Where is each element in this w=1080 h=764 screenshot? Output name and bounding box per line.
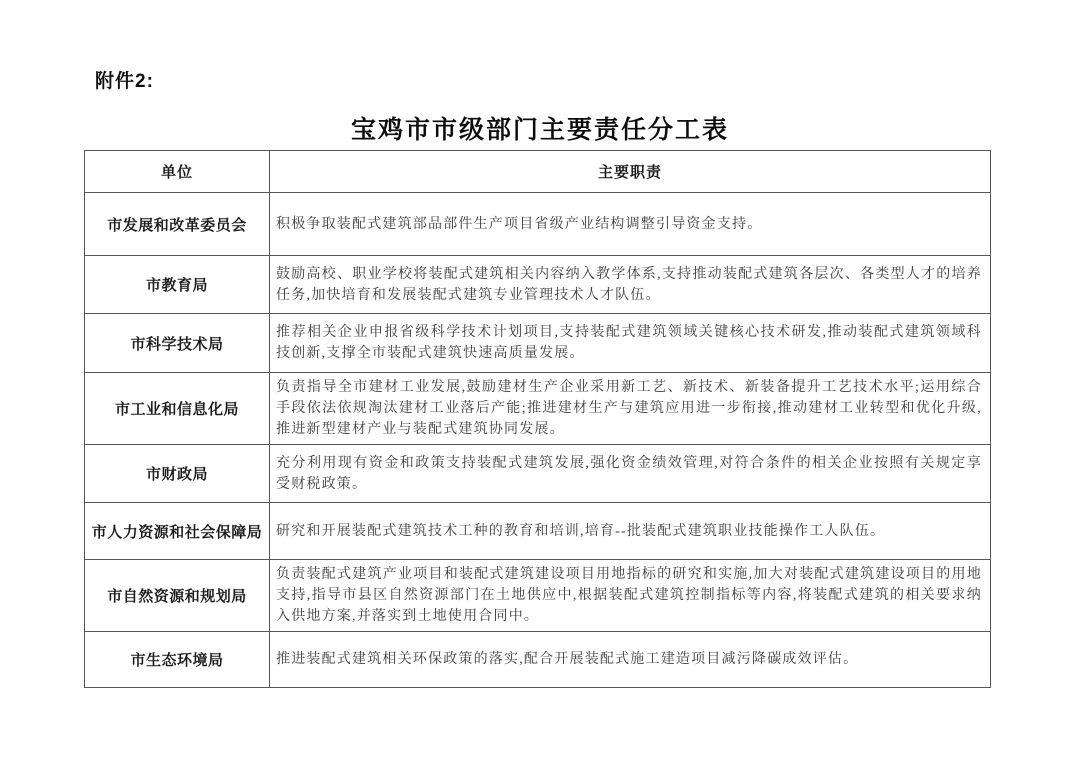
unit-cell: 市发展和改革委员会 (85, 193, 270, 256)
duty-cell: 积极争取装配式建筑部品部件生产项目省级产业结构调整引导资金支持。 (270, 193, 991, 256)
table-row: 市财政局 充分利用现有资金和政策支持装配式建筑发展,强化资金绩效管理,对符合条件… (85, 445, 991, 503)
unit-cell: 市教育局 (85, 256, 270, 314)
table-row: 市生态环境局 推进装配式建筑相关环保政策的落实,配合开展装配式施工建造项目减污降… (85, 632, 991, 688)
unit-cell: 市财政局 (85, 445, 270, 503)
column-header-unit: 单位 (85, 151, 270, 193)
table-row: 市发展和改革委员会 积极争取装配式建筑部品部件生产项目省级产业结构调整引导资金支… (85, 193, 991, 256)
unit-cell: 市自然资源和规划局 (85, 560, 270, 632)
document-page: 附件2: 宝鸡市市级部门主要责任分工表 单位 主要职责 市发展和改革委员会 积极… (0, 0, 1080, 764)
unit-cell: 市科学技术局 (85, 314, 270, 373)
duty-cell: 鼓励高校、职业学校将装配式建筑相关内容纳入教学体系,支持推动装配式建筑各层次、各… (270, 256, 991, 314)
duty-cell: 推进装配式建筑相关环保政策的落实,配合开展装配式施工建造项目减污降碳成效评估。 (270, 632, 991, 688)
page-title: 宝鸡市市级部门主要责任分工表 (0, 110, 1080, 146)
column-header-duty: 主要职责 (270, 151, 991, 193)
table-header-row: 单位 主要职责 (85, 151, 991, 193)
unit-cell: 市生态环境局 (85, 632, 270, 688)
attachment-label: 附件2: (95, 66, 154, 93)
unit-cell: 市工业和信息化局 (85, 373, 270, 445)
table-row: 市科学技术局 推荐相关企业申报省级科学技术计划项目,支持装配式建筑领域关键核心技… (85, 314, 991, 373)
duty-cell: 推荐相关企业申报省级科学技术计划项目,支持装配式建筑领域关键核心技术研发,推动装… (270, 314, 991, 373)
duty-cell: 负责装配式建筑产业项目和装配式建筑建设项目用地指标的研究和实施,加大对装配式建筑… (270, 560, 991, 632)
table-row: 市自然资源和规划局 负责装配式建筑产业项目和装配式建筑建设项目用地指标的研究和实… (85, 560, 991, 632)
duty-cell: 研究和开展装配式建筑技术工种的教育和培训,培育--批装配式建筑职业技能操作工人队… (270, 503, 991, 560)
unit-cell: 市人力资源和社会保障局 (85, 503, 270, 560)
duty-cell: 充分利用现有资金和政策支持装配式建筑发展,强化资金绩效管理,对符合条件的相关企业… (270, 445, 991, 503)
table-row: 市人力资源和社会保障局 研究和开展装配式建筑技术工种的教育和培训,培育--批装配… (85, 503, 991, 560)
responsibility-table: 单位 主要职责 市发展和改革委员会 积极争取装配式建筑部品部件生产项目省级产业结… (84, 150, 991, 688)
table-row: 市教育局 鼓励高校、职业学校将装配式建筑相关内容纳入教学体系,支持推动装配式建筑… (85, 256, 991, 314)
table-row: 市工业和信息化局 负责指导全市建材工业发展,鼓励建材生产企业采用新工艺、新技术、… (85, 373, 991, 445)
duty-cell: 负责指导全市建材工业发展,鼓励建材生产企业采用新工艺、新技术、新装备提升工艺技术… (270, 373, 991, 445)
